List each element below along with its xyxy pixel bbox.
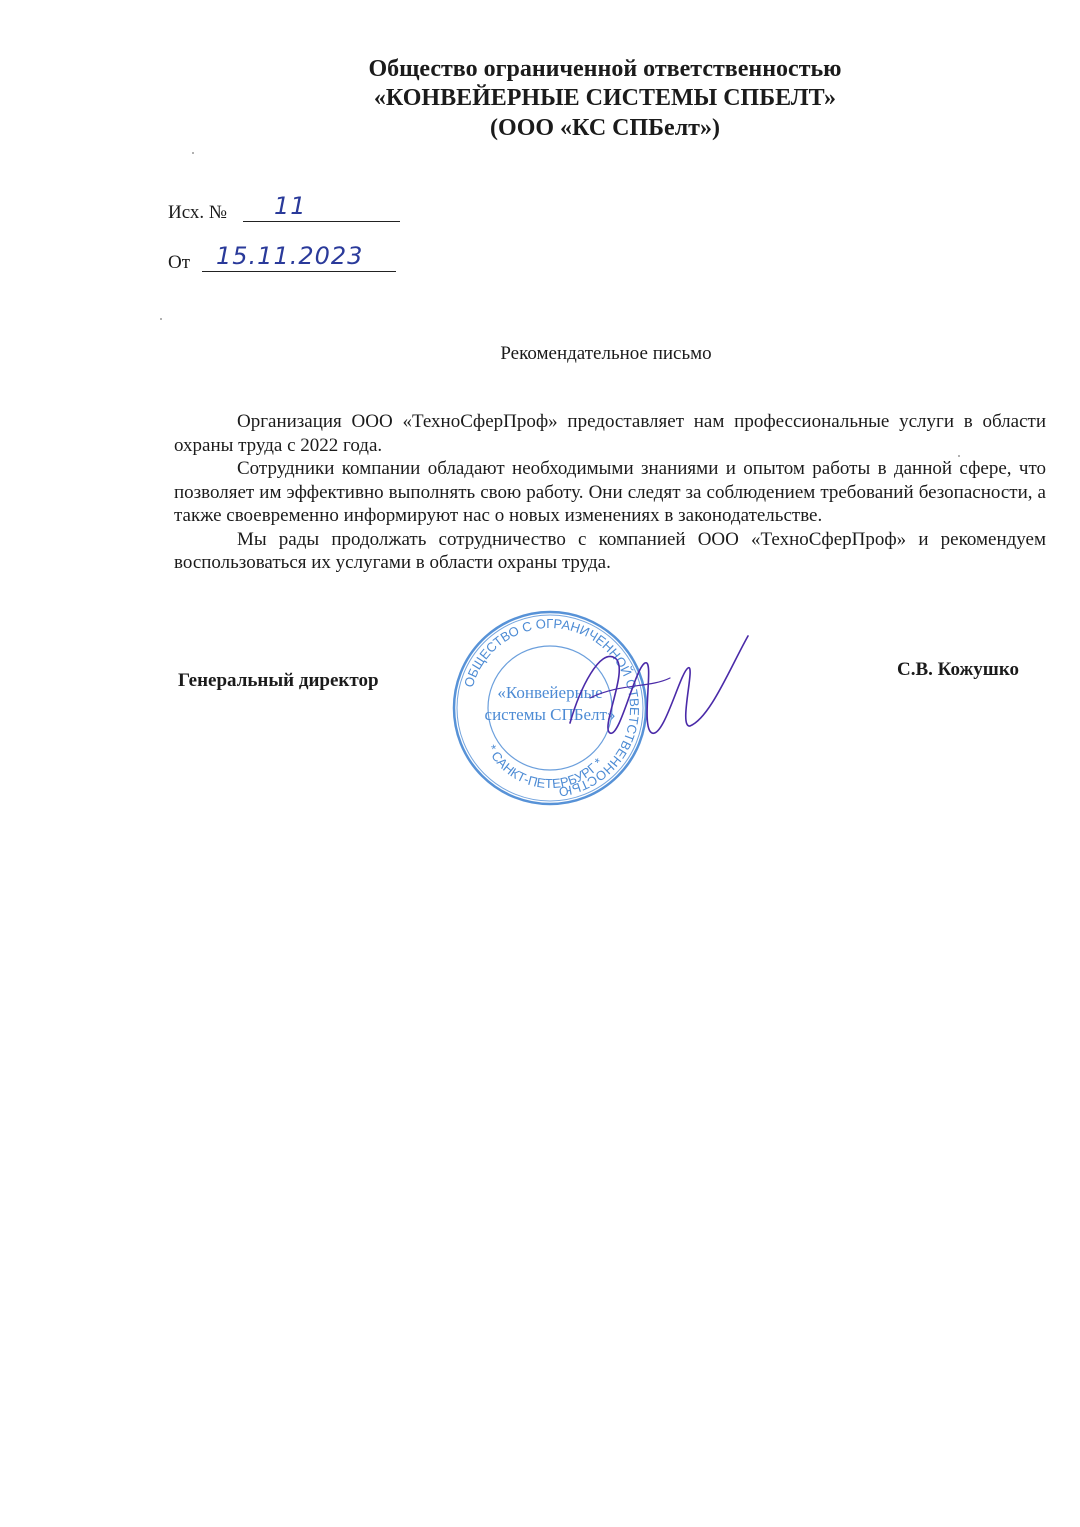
reference-number: Исх. № 11	[168, 200, 408, 228]
handwritten-signature	[560, 628, 760, 748]
scan-speck	[160, 318, 162, 320]
reference-number-line	[243, 220, 400, 222]
scan-speck	[958, 455, 960, 457]
signature-scribble-icon	[560, 628, 760, 748]
body-paragraph: Мы рады продолжать сотрудничество с комп…	[174, 528, 1046, 575]
reference-date: От 15.11.2023	[168, 250, 408, 278]
reference-number-label: Исх. №	[168, 202, 227, 224]
signatory-name: С.В. Кожушко	[897, 659, 1019, 681]
letter-body: Организация ООО «ТехноСферПроф» предоста…	[174, 410, 1046, 575]
document-title: Рекомендательное письмо	[0, 343, 1080, 365]
letterhead-line-3: (ООО «КС СПБелт»)	[65, 114, 1080, 143]
reference-date-label: От	[168, 252, 190, 274]
scan-speck	[192, 152, 194, 154]
reference-date-line	[202, 270, 396, 272]
reference-number-value: 11	[274, 192, 307, 220]
body-paragraph: Организация ООО «ТехноСферПроф» предоста…	[174, 410, 1046, 457]
reference-date-value: 15.11.2023	[216, 242, 363, 270]
letterhead-line-1: Общество ограниченной ответственностью	[65, 55, 1080, 84]
letterhead-line-2: «КОНВЕЙЕРНЫЕ СИСТЕМЫ СПБЕЛТ»	[65, 84, 1080, 113]
body-paragraph: Сотрудники компании обладают необходимым…	[174, 457, 1046, 528]
signatory-position: Генеральный директор	[178, 670, 379, 692]
